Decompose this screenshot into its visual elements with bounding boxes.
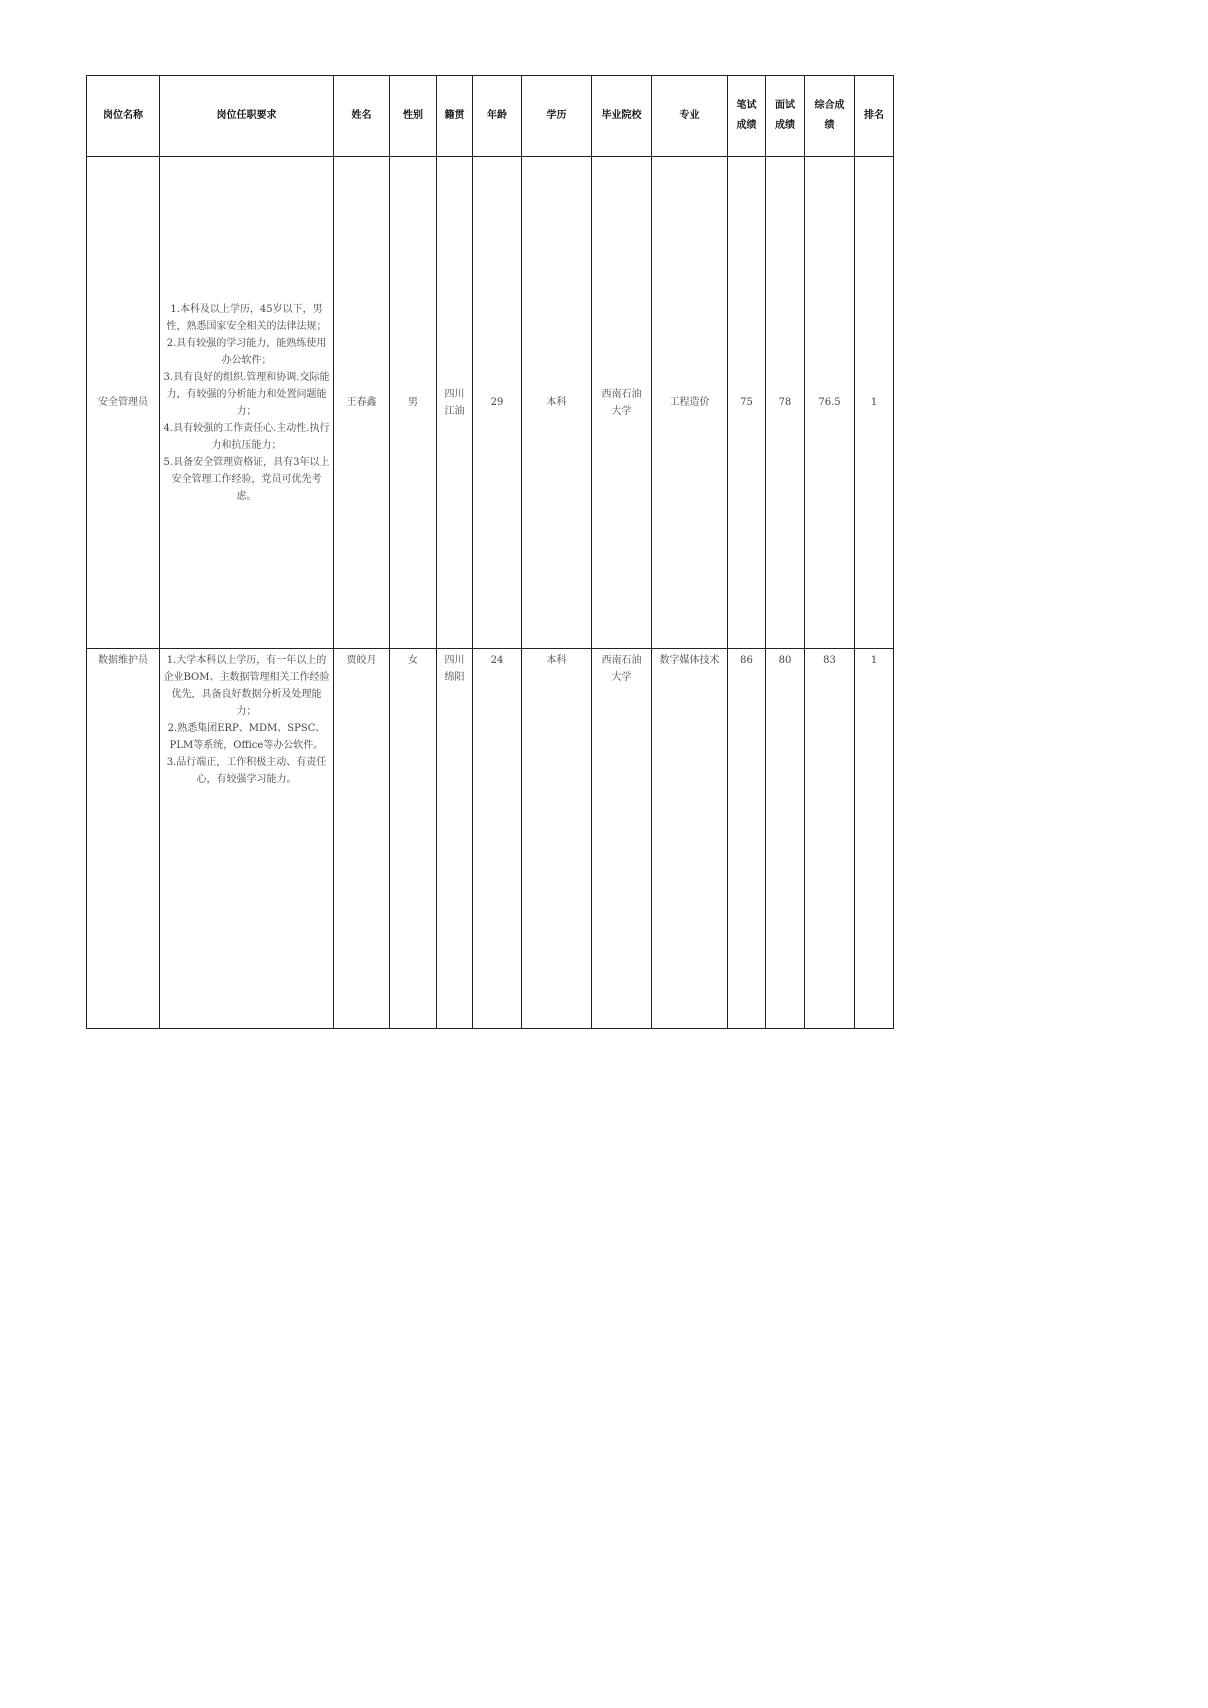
cell-interview-score: 80	[766, 649, 805, 1029]
cell-name: 贾皎月	[334, 649, 390, 1029]
header-row: 岗位名称 岗位任职要求 姓名 性别 籍贯 年龄 学历 毕业院校 专业 笔试 成绩…	[87, 76, 894, 157]
cell-gender: 男	[390, 157, 437, 649]
header-requirements: 岗位任职要求	[160, 76, 334, 157]
header-school: 毕业院校	[592, 76, 652, 157]
cell-total-score: 83	[805, 649, 855, 1029]
table-row: 安全管理员 1.本科及以上学历，45岁以下，男性，熟悉国家安全相关的法律法规； …	[87, 157, 894, 649]
header-origin: 籍贯	[437, 76, 473, 157]
cell-name: 王春鑫	[334, 157, 390, 649]
cell-origin: 四川 绵阳	[437, 649, 473, 1029]
header-total-score: 综合成 绩	[805, 76, 855, 157]
cell-requirements: 1.本科及以上学历，45岁以下，男性，熟悉国家安全相关的法律法规； 2.具有较强…	[160, 157, 334, 649]
cell-major: 工程造价	[652, 157, 728, 649]
header-major: 专业	[652, 76, 728, 157]
cell-total-score: 76.5	[805, 157, 855, 649]
header-position: 岗位名称	[87, 76, 160, 157]
cell-gender: 女	[390, 649, 437, 1029]
cell-education: 本科	[522, 649, 592, 1029]
header-age: 年龄	[473, 76, 522, 157]
header-rank: 排名	[855, 76, 894, 157]
cell-age: 24	[473, 649, 522, 1029]
header-gender: 性别	[390, 76, 437, 157]
cell-written-score: 75	[728, 157, 766, 649]
cell-interview-score: 78	[766, 157, 805, 649]
header-written-score: 笔试 成绩	[728, 76, 766, 157]
cell-school: 西南石油 大学	[592, 157, 652, 649]
cell-major: 数字媒体技术	[652, 649, 728, 1029]
cell-education: 本科	[522, 157, 592, 649]
cell-requirements: 1.大学本科以上学历，有一年以上的企业BOM、主数据管理相关工作经验优先，具备良…	[160, 649, 334, 1029]
header-education: 学历	[522, 76, 592, 157]
cell-written-score: 86	[728, 649, 766, 1029]
cell-origin: 四川 江油	[437, 157, 473, 649]
cell-school: 西南石油 大学	[592, 649, 652, 1029]
cell-age: 29	[473, 157, 522, 649]
cell-rank: 1	[855, 157, 894, 649]
table-row: 数据维护员 1.大学本科以上学历，有一年以上的企业BOM、主数据管理相关工作经验…	[87, 649, 894, 1029]
cell-position: 数据维护员	[87, 649, 160, 1029]
cell-position: 安全管理员	[87, 157, 160, 649]
candidate-results-table: 岗位名称 岗位任职要求 姓名 性别 籍贯 年龄 学历 毕业院校 专业 笔试 成绩…	[86, 75, 894, 1029]
header-interview-score: 面试 成绩	[766, 76, 805, 157]
header-name: 姓名	[334, 76, 390, 157]
cell-rank: 1	[855, 649, 894, 1029]
